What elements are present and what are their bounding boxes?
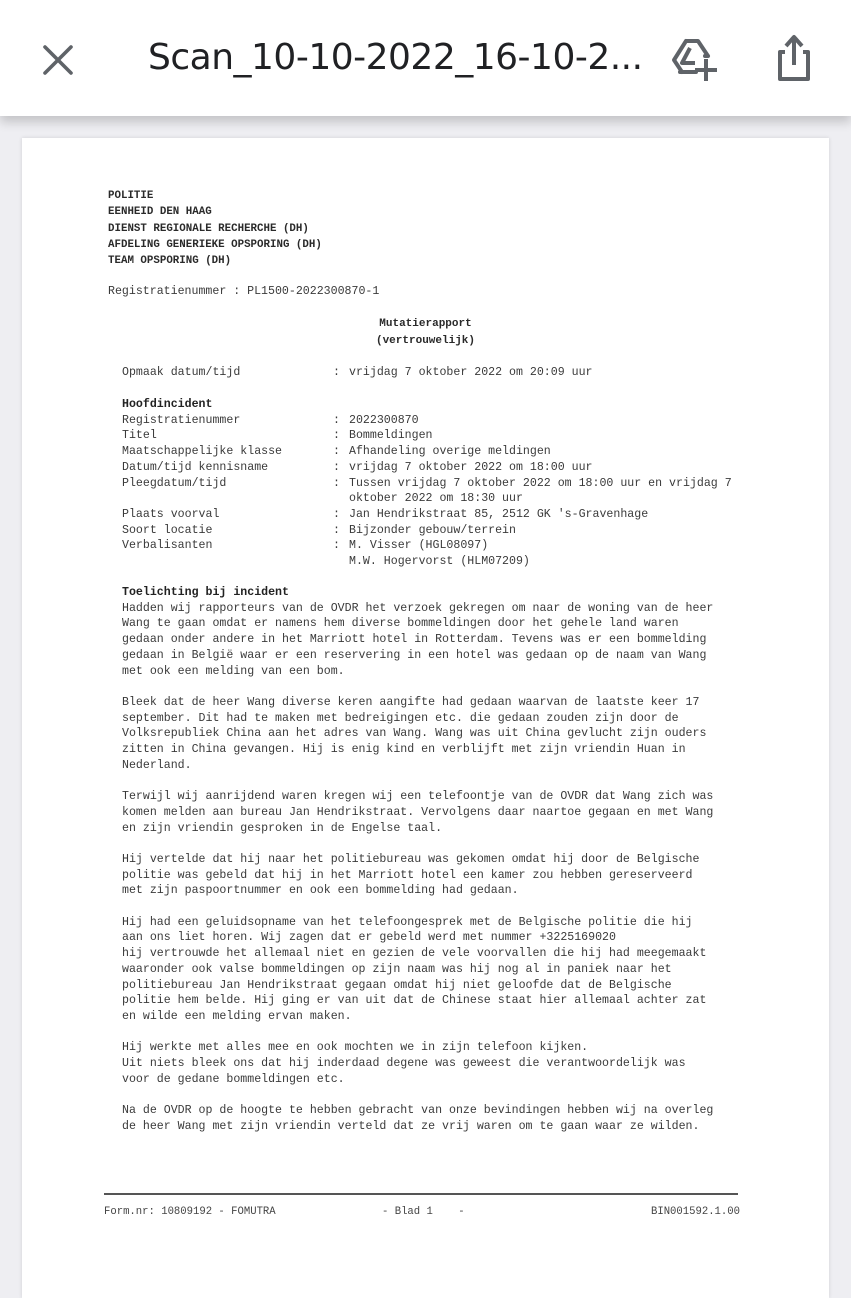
incident-field-row: Pleegdatum/tijd:Tussen vrijdag 7 oktober…: [122, 476, 732, 507]
field-separator: :: [333, 523, 349, 539]
incident-field-row: Plaats voorval:Jan Hendrikstraat 85, 251…: [122, 507, 732, 523]
field-separator: :: [333, 444, 349, 460]
field-value: 2022300870: [349, 413, 419, 429]
paragraph: Hadden wij rapporteurs van de OVDR het v…: [122, 601, 762, 680]
add-to-drive-icon: [668, 36, 720, 84]
agency-header: POLITIE EENHEID DEN HAAG DIENST REGIONAL…: [108, 188, 322, 269]
field-label: Plaats voorval: [122, 507, 333, 523]
opmaak-row: Opmaak datum/tijd : vrijdag 7 oktober 20…: [122, 365, 593, 381]
field-value: Bijzonder gebouw/terrein: [349, 523, 516, 539]
hoofdincident-section: Hoofdincident Registratienummer:20223008…: [122, 397, 732, 570]
paragraph: Hij vertelde dat hij naar het politiebur…: [122, 852, 762, 899]
field-label: Registratienummer: [122, 413, 333, 429]
form-number: Form.nr: 10809192 - FOMUTRA: [104, 1205, 276, 1221]
field-separator: :: [333, 460, 349, 476]
page-number: - Blad 1 -: [382, 1205, 465, 1221]
header-line: POLITIE: [108, 188, 322, 204]
header-line: AFDELING GENERIEKE OPSPORING (DH): [108, 237, 322, 253]
header-line: EENHEID DEN HAAG: [108, 204, 322, 220]
section-heading: Hoofdincident: [122, 397, 732, 413]
section-heading: Toelichting bij incident: [122, 585, 762, 601]
share-icon: [772, 34, 816, 84]
field-separator: :: [333, 507, 349, 523]
document-viewer[interactable]: POLITIE EENHEID DEN HAAG DIENST REGIONAL…: [0, 116, 851, 1280]
report-title-block: Mutatierapport (vertrouwelijk): [22, 316, 829, 349]
file-title: Scan_10-10-2022_16-10-2...: [148, 33, 643, 83]
share-button[interactable]: [772, 34, 816, 84]
incident-field-row: Verbalisanten:M. Visser (HGL08097) M.W. …: [122, 538, 732, 569]
field-label: Soort locatie: [122, 523, 333, 539]
field-value: vrijdag 7 oktober 2022 om 18:00 uur: [349, 460, 593, 476]
paragraph: Na de OVDR op de hoogte te hebben gebrac…: [122, 1103, 762, 1134]
document-page: POLITIE EENHEID DEN HAAG DIENST REGIONAL…: [22, 138, 829, 1280]
field-label: Datum/tijd kennisname: [122, 460, 333, 476]
close-icon: [36, 38, 80, 82]
header-line: TEAM OPSPORING (DH): [108, 253, 322, 269]
incident-field-row: Maatschappelijke klasse:Afhandeling over…: [122, 444, 732, 460]
paragraph: Hij werkte met alles mee en ook mochten …: [122, 1040, 762, 1087]
report-title: Mutatierapport: [22, 316, 829, 333]
field-label: Titel: [122, 428, 333, 444]
paragraph: Terwijl wij aanrijdend waren kregen wij …: [122, 789, 762, 836]
incident-field-row: Soort locatie:Bijzonder gebouw/terrein: [122, 523, 732, 539]
incident-field-row: Datum/tijd kennisname:vrijdag 7 oktober …: [122, 460, 732, 476]
toelichting-paragraphs: Hadden wij rapporteurs van de OVDR het v…: [122, 601, 762, 1135]
field-value: M. Visser (HGL08097) M.W. Hogervorst (HL…: [349, 538, 530, 569]
field-label: Pleegdatum/tijd: [122, 476, 333, 507]
incident-field-row: Titel:Bommeldingen: [122, 428, 732, 444]
field-value: Bommeldingen: [349, 428, 433, 444]
paragraph: Hij had een geluidsopname van het telefo…: [122, 915, 762, 1025]
add-to-drive-button[interactable]: [668, 36, 720, 84]
document-code: BIN001592.1.00: [651, 1205, 740, 1221]
field-value: Tussen vrijdag 7 oktober 2022 om 18:00 u…: [349, 476, 732, 507]
close-button[interactable]: [36, 38, 80, 82]
field-value: Jan Hendrikstraat 85, 2512 GK 's-Gravenh…: [349, 507, 648, 523]
footer-divider: [104, 1193, 738, 1195]
field-separator: :: [333, 476, 349, 507]
field-label: Maatschappelijke klasse: [122, 444, 333, 460]
field-separator: :: [333, 538, 349, 569]
paragraph: Bleek dat de heer Wang diverse keren aan…: [122, 695, 762, 774]
field-value: vrijdag 7 oktober 2022 om 20:09 uur: [349, 365, 593, 381]
registration-number: Registratienummer : PL1500-2022300870-1: [108, 284, 379, 300]
incident-field-row: Registratienummer:2022300870: [122, 413, 732, 429]
report-subtitle: (vertrouwelijk): [22, 333, 829, 350]
field-label: Verbalisanten: [122, 538, 333, 569]
field-value: Afhandeling overige meldingen: [349, 444, 551, 460]
toelichting-section: Toelichting bij incident Hadden wij rapp…: [122, 585, 762, 1150]
field-separator: :: [333, 365, 349, 381]
field-separator: :: [333, 428, 349, 444]
app-bar: Scan_10-10-2022_16-10-2...: [0, 0, 851, 116]
incident-fields: Registratienummer:2022300870Titel:Bommel…: [122, 413, 732, 570]
header-line: DIENST REGIONALE RECHERCHE (DH): [108, 221, 322, 237]
field-label: Opmaak datum/tijd: [122, 365, 333, 381]
field-separator: :: [333, 413, 349, 429]
